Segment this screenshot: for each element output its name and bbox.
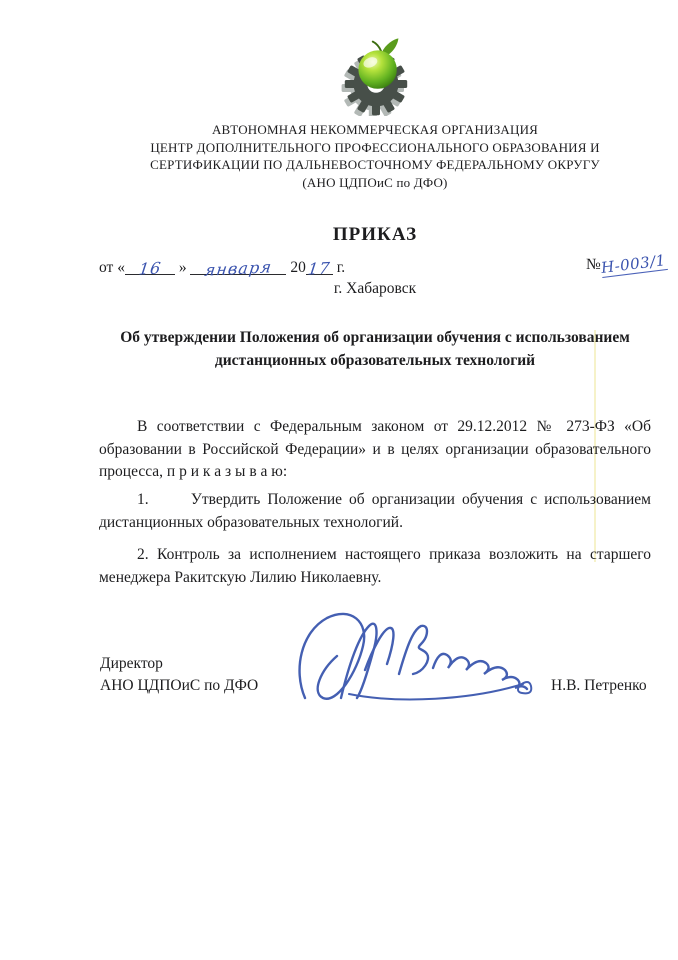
date-line: от «16 » января 2017 г. [99,257,345,277]
number-label: № [586,256,601,273]
org-name-line3: СЕРТИФИКАЦИИ ПО ДАЛЬНЕВОСТОЧНОМУ ФЕДЕРАЛ… [99,156,651,174]
date-day-blank: 16 [125,257,175,275]
org-name-block: АВТОНОМНАЯ НЕКОММЕРЧЕСКАЯ ОРГАНИЗАЦИЯ ЦЕ… [99,121,651,191]
order-document-page: АВТОНОМНАЯ НЕКОММЕРЧЕСКАЯ ОРГАНИЗАЦИЯ ЦЕ… [0,0,678,960]
handwritten-day: 16 [138,258,163,278]
intro-paragraph: В соответствии с Федеральным законом от … [99,416,651,484]
org-name-line1: АВТОНОМНАЯ НЕКОММЕРЧЕСКАЯ ОРГАНИЗАЦИЯ [99,121,651,139]
order-number: №Н-003/1 [586,255,667,274]
order-item-2: 2. Контроль за исполнением настоящего пр… [99,544,651,589]
signatory-position: Директор АНО ЦДПОиС по ДФО [100,653,258,697]
gear-apple-logo-icon [336,36,416,116]
handwritten-year: 17 [307,258,332,278]
handwritten-signature [291,606,549,718]
subject-heading: Об утверждении Положения об организации … [99,326,651,372]
date-century: 20 [290,259,306,276]
signatory-name: Н.В. Петренко [551,677,647,695]
handwritten-order-number: Н-003/1 [600,251,668,278]
place-line: г. Хабаровск [99,280,651,298]
org-name-line2: ЦЕНТР ДОПОЛНИТЕЛЬНОГО ПРОФЕССИОНАЛЬНОГО … [99,139,651,157]
org-name-line4: (АНО ЦДПОиС по ДФО) [99,174,651,192]
signatory-position-line1: Директор [100,653,258,675]
date-suffix: г. [337,259,345,276]
document-title: ПРИКАЗ [99,224,651,246]
date-month-blank: января [190,257,286,275]
handwritten-month: января [204,257,274,279]
date-year-blank: 17 [306,257,333,275]
date-prefix: от « [99,259,125,276]
order-item-1: 1. Утвердить Положение об организации об… [99,489,651,534]
date-close-quote: » [179,259,187,276]
signatory-position-line2: АНО ЦДПОиС по ДФО [100,675,258,697]
